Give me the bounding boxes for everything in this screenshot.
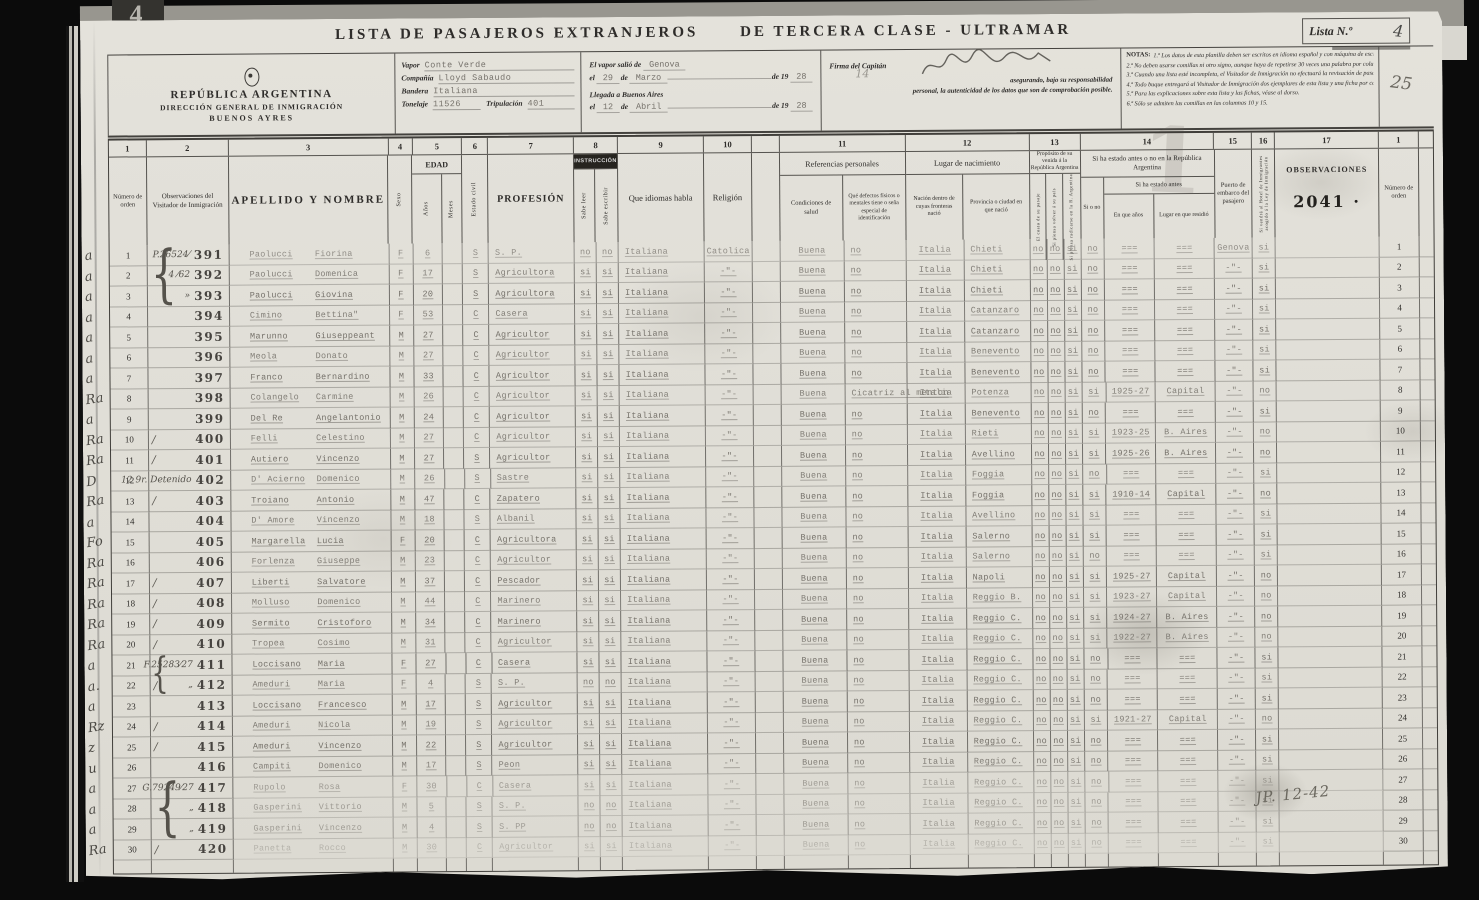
- row-cell: Capital: [1157, 484, 1217, 505]
- row-cell: 11: [111, 450, 149, 471]
- row-cell: ===: [1109, 792, 1159, 813]
- row-cell: ===: [1108, 669, 1158, 690]
- row-cell: si: [1084, 710, 1108, 731]
- row-cell: Reggio C.: [967, 629, 1033, 650]
- row-cell: Buena: [781, 322, 845, 343]
- row-cell: 1922-27: [1108, 628, 1158, 649]
- row-cell: Italia: [909, 568, 967, 589]
- row-cell: Italiana: [622, 651, 708, 672]
- row-cell: si: [1065, 382, 1082, 403]
- stamp-number: 410: [197, 637, 227, 651]
- row-cell: si: [577, 591, 599, 612]
- row-cell: F: [392, 674, 416, 695]
- row-cell: ===: [1108, 689, 1158, 710]
- row-cell: si: [598, 406, 620, 427]
- handwritten-brace: {: [154, 775, 181, 838]
- row-cell: no: [846, 527, 908, 548]
- header-edad: EDAD Años Meses: [412, 155, 463, 243]
- row-cell: [1421, 441, 1435, 462]
- check-mark: ∕: [154, 720, 158, 733]
- lista-number-box: Lista N.º 4: [1302, 17, 1410, 44]
- voyage-dates-block: El vapor salió de Genova el 29 de Marzod…: [581, 51, 822, 133]
- row-cell: si: [601, 775, 623, 796]
- row-cell: si: [1082, 423, 1106, 444]
- header-numero-orden-right: Número de orden: [1379, 148, 1420, 236]
- row-cell: -"-: [707, 590, 755, 611]
- row-cell: ===: [1108, 648, 1158, 669]
- row-cell: RupoloRosa: [233, 777, 393, 799]
- row-cell: M: [390, 346, 414, 367]
- row-cell: C: [464, 407, 490, 428]
- stamp-number: 414: [197, 719, 227, 733]
- de-label: de: [621, 73, 628, 82]
- row-cell: [1423, 687, 1437, 708]
- compania-value: Lloyd Sabaudo: [438, 72, 574, 84]
- row-cell: Benevento: [965, 342, 1031, 363]
- header-en-que-anos: En que años: [1104, 194, 1154, 238]
- row-cell: no: [846, 506, 908, 527]
- row-cell: Italia: [910, 773, 968, 794]
- row-cell: -"-: [1215, 279, 1253, 300]
- row-cell: 2: [110, 266, 148, 287]
- surname: Liberti: [238, 577, 317, 588]
- header-lugar-residio: Lugar en que residió: [1154, 194, 1214, 238]
- stamp-number: 402: [196, 473, 226, 487]
- row-cell: -"-: [705, 344, 753, 365]
- row-cell: 15: [1382, 523, 1422, 544]
- row-cell: [1423, 790, 1437, 811]
- given-name: Bernardino: [316, 371, 389, 382]
- row-cell: no: [1031, 403, 1048, 424]
- row-cell: ===: [1156, 320, 1216, 341]
- row-cell: Reggio C.: [968, 813, 1034, 834]
- pencil-page-number: 25: [1389, 72, 1413, 95]
- margin-letter: a: [84, 308, 108, 326]
- row-cell: si: [1066, 526, 1083, 547]
- row-cell: -"-: [708, 733, 756, 754]
- row-cell: 29: [1384, 810, 1424, 831]
- header-puerto-embarco: Puerto de embarco del pasajero: [1214, 150, 1253, 238]
- row-cell: -"-: [1218, 730, 1256, 751]
- surname: Loccisano: [239, 700, 318, 711]
- row-cell: ===: [1105, 279, 1155, 300]
- row-cell: Agricultor: [490, 406, 576, 427]
- row-cell: no: [1048, 382, 1065, 403]
- row-cell: PaolucciDomenica: [230, 264, 390, 286]
- row-cell: -"-: [707, 528, 755, 549]
- row-cell: Foggia: [966, 465, 1032, 486]
- row-cell: Buena: [783, 527, 847, 548]
- row-cell: 27: [414, 346, 444, 367]
- row-cell: 1923-25: [1106, 423, 1156, 444]
- row-cell: M: [392, 694, 416, 715]
- row-cell: no: [1050, 628, 1067, 649]
- row-cell: [446, 633, 466, 654]
- stamp-number: 394: [194, 309, 224, 323]
- row-cell: [1280, 770, 1384, 791]
- row-cell: [754, 466, 782, 487]
- row-cell: F: [390, 305, 414, 326]
- row-cell: si: [598, 386, 620, 407]
- row-cell: 28: [113, 799, 151, 820]
- row-cell: no: [1050, 587, 1067, 608]
- row-cell: Buena: [782, 404, 846, 425]
- row-cell: si: [577, 570, 599, 591]
- row-cell: no: [848, 793, 910, 814]
- row-cell: 4: [110, 307, 148, 328]
- row-cell: M: [390, 325, 414, 346]
- row-cell: si: [1068, 792, 1085, 813]
- row-cell: ===: [1156, 340, 1216, 361]
- row-cell: 20: [112, 635, 150, 656]
- row-cell: -"-: [1216, 361, 1254, 382]
- row-cell: no: [600, 672, 622, 693]
- de19-label2: de 19: [772, 100, 789, 109]
- row-cell: 27: [1383, 769, 1423, 790]
- margin-letter: a: [87, 779, 111, 797]
- row-cell: -"-: [708, 754, 756, 775]
- row-cell: [447, 838, 467, 859]
- header-ha-estado-antes: Si ha estado antes En que años Lugar en …: [1104, 177, 1214, 239]
- row-cell: [152, 860, 234, 874]
- row-cell: no: [1033, 608, 1050, 629]
- row-cell: si: [598, 447, 620, 468]
- row-cell: M: [390, 387, 414, 408]
- sabe-leer-label: Sabe leer: [581, 192, 588, 219]
- referencias-label: Referencias personales: [779, 152, 904, 176]
- row-cell: no: [847, 568, 909, 589]
- row-cell: Italia: [908, 506, 966, 527]
- stamp-number: 398: [195, 391, 225, 405]
- row-cell: Buena: [783, 609, 847, 630]
- row-cell: no: [1034, 752, 1051, 773]
- row-cell: si: [1253, 319, 1276, 340]
- row-cell: M: [391, 551, 415, 572]
- header-observaciones-visitador: Observaciones del Visitador de Inmigraci…: [147, 157, 229, 246]
- row-cell: [755, 589, 783, 610]
- header-estado-antes: Si ha estado antes o no en la República …: [1080, 150, 1215, 239]
- row-cell: [1277, 401, 1381, 422]
- row-cell: S: [467, 817, 493, 838]
- row-cell: [754, 487, 782, 508]
- row-cell: -"-: [707, 549, 755, 570]
- given-name: Cristoforo: [317, 617, 390, 628]
- row-cell: -"-: [705, 282, 753, 303]
- check-mark: ∕: [152, 494, 156, 507]
- row-cell: ===: [1106, 341, 1156, 362]
- row-cell: PanettaRocco: [234, 838, 394, 860]
- header-condiciones-salud: Condiciones de salud: [780, 175, 844, 240]
- surname: Panetta: [240, 843, 319, 854]
- surname: Paolucci: [236, 290, 315, 301]
- row-cell: 13: [111, 491, 149, 512]
- margin-letter: a.: [87, 677, 111, 695]
- row-cell: Buena: [783, 589, 847, 610]
- header-si-o-no: Si o no: [1081, 178, 1104, 239]
- row-cell: 5: [110, 327, 148, 348]
- row-cell: 1923-27: [1107, 587, 1157, 608]
- row-cell: 18: [415, 510, 445, 531]
- row-cell: 1: [1380, 236, 1420, 257]
- row-cell: [446, 674, 466, 695]
- row-cell: Cicatriz al menton: [845, 383, 907, 404]
- row-cell: si: [1257, 832, 1280, 853]
- row-cell: ∕415: [151, 737, 233, 758]
- row-cell: no: [1083, 546, 1107, 567]
- row-cell: 6: [413, 243, 443, 264]
- row-cell: Buena: [782, 425, 846, 446]
- stamp-number: 416: [197, 760, 227, 774]
- row-cell: Italia: [910, 711, 968, 732]
- row-cell: si: [1083, 505, 1107, 526]
- row-cell: -"-: [1219, 832, 1257, 853]
- row-cell: ===: [1157, 545, 1217, 566]
- row-cell: -"-: [706, 467, 754, 488]
- given-name: Giovina: [315, 289, 388, 300]
- row-cell: [1423, 708, 1437, 729]
- row-cell: Italia: [909, 588, 967, 609]
- row-cell: [755, 528, 783, 549]
- row-cell: M: [392, 612, 416, 633]
- row-cell: Buena: [781, 281, 845, 302]
- row-cell: [1420, 359, 1434, 380]
- given-name: Vincenzo: [319, 822, 392, 833]
- surname: Marunno: [236, 331, 315, 342]
- row-cell: M: [393, 838, 417, 859]
- row-cell: no: [844, 240, 906, 261]
- salida-month: Marzo: [630, 73, 668, 84]
- row-cell: no: [845, 261, 907, 282]
- row-cell: no: [847, 547, 909, 568]
- row-cell: Italiana: [623, 774, 709, 795]
- row-cell: si: [1068, 772, 1085, 793]
- row-cell: 26: [415, 469, 445, 490]
- row-cell: S: [466, 714, 492, 735]
- row-cell: 20: [1382, 626, 1422, 647]
- row-cell: si: [578, 693, 600, 714]
- margin-letter: a: [85, 410, 109, 428]
- surname: Cimino: [236, 310, 315, 321]
- row-cell: ===: [1158, 730, 1218, 751]
- row-cell: no: [848, 752, 910, 773]
- row-cell: Italiana: [621, 528, 707, 549]
- row-cell: Italiana: [620, 426, 706, 447]
- row-cell: F: [389, 264, 413, 285]
- row-cell: S: [463, 284, 489, 305]
- row-cell: no: [1031, 424, 1048, 445]
- row-cell: 37: [415, 571, 445, 592]
- row-cell: no: [579, 816, 601, 837]
- row-cell: ===: [1155, 279, 1215, 300]
- row-cell: 1921-27: [1108, 710, 1158, 731]
- given-name: Domenico: [317, 474, 390, 485]
- row-cell: [579, 857, 601, 870]
- row-cell: no: [845, 363, 907, 384]
- row-cell: [753, 364, 781, 385]
- surname: Sermito: [238, 618, 317, 629]
- row-cell: no: [1031, 321, 1048, 342]
- row-cell: Italia: [908, 445, 966, 466]
- row-cell: -"-: [706, 405, 754, 426]
- row-cell: AutieroVincenzo: [231, 449, 391, 471]
- row-cell: si: [1067, 690, 1084, 711]
- row-cell: [1276, 237, 1380, 258]
- row-cell: ∕403: [149, 491, 231, 512]
- row-cell: [1424, 851, 1438, 864]
- row-cell: 44: [416, 592, 446, 613]
- row-cell: si: [1256, 647, 1279, 668]
- given-name: Vincenzo: [318, 740, 391, 751]
- row-cell: [445, 489, 465, 510]
- row-cell: 30: [417, 838, 447, 859]
- row-cell: Italia: [910, 732, 968, 753]
- row-cell: [444, 366, 464, 387]
- row-cell: ===: [1107, 546, 1157, 567]
- row-cell: si: [1084, 608, 1108, 629]
- row-cell: M: [390, 407, 414, 428]
- row-cell: si: [1067, 649, 1084, 670]
- row-cell: no: [848, 814, 910, 835]
- row-cell: no: [1049, 505, 1066, 526]
- row-cell: no: [1049, 546, 1066, 567]
- row-cell: Italia: [907, 342, 965, 363]
- row-cell: [1277, 462, 1381, 483]
- check-mark: ∕: [155, 843, 159, 856]
- row-cell: 1: [110, 245, 148, 266]
- row-cell: Pescador: [491, 570, 577, 591]
- row-cell: si: [1083, 567, 1107, 588]
- row-cell: Buena: [782, 466, 846, 487]
- row-cell: ===: [1155, 258, 1215, 279]
- row-cell: [785, 855, 849, 868]
- row-cell: [1279, 729, 1383, 750]
- row-cell: Salerno: [966, 526, 1032, 547]
- row-cell: MarunnoGiuseppeant: [230, 326, 390, 348]
- row-cell: Italiana: [622, 692, 708, 713]
- surname: Loccisano: [238, 659, 317, 670]
- row-cell: [1276, 339, 1380, 360]
- row-cell: ===: [1157, 525, 1217, 546]
- row-cell: no: [1051, 813, 1068, 834]
- row-cell: Italia: [910, 814, 968, 835]
- row-cell: si: [1064, 239, 1081, 260]
- captain-signature: [916, 47, 1066, 82]
- row-cell: [444, 407, 464, 428]
- row-cell: -"-: [706, 364, 754, 385]
- row-cell: [447, 756, 467, 777]
- row-cell: 26: [414, 387, 444, 408]
- row-cell: no: [846, 486, 908, 507]
- row-cell: [445, 571, 465, 592]
- row-cell: Italiana: [621, 590, 707, 611]
- row-cell: si: [1067, 669, 1084, 690]
- row-cell: [1085, 854, 1109, 867]
- row-cell: [445, 469, 465, 490]
- row-cell: Reggio C.: [968, 834, 1034, 855]
- sexo-label: Sexo: [396, 193, 403, 207]
- row-cell: si: [576, 345, 598, 366]
- header-apellido-nombre: APELLIDO Y NOMBRE: [229, 156, 389, 245]
- row-cell: Agricultor: [490, 324, 576, 345]
- stamp-number: 407: [196, 576, 226, 590]
- table-body: JP. 12-42 a1P.26524⁄391PaolucciFiorinaF6…: [110, 236, 1438, 873]
- row-cell: si: [597, 263, 619, 284]
- row-cell: no: [1032, 547, 1049, 568]
- row-cell: ===: [1109, 833, 1159, 854]
- row-cell: 1925-27: [1107, 566, 1157, 587]
- row-cell: [1280, 811, 1384, 832]
- row-cell: si: [599, 488, 621, 509]
- row-cell: [756, 753, 784, 774]
- row-cell: 20: [415, 530, 445, 551]
- row-cell: no: [1085, 813, 1109, 834]
- row-cell: Italia: [908, 465, 966, 486]
- row-cell: si: [578, 734, 600, 755]
- row-cell: [1276, 278, 1380, 299]
- row-cell: no: [1032, 465, 1049, 486]
- row-cell: 12 9r. Detenido402: [149, 470, 231, 491]
- row-cell: C: [465, 571, 491, 592]
- given-name: Carmine: [316, 392, 389, 403]
- row-cell: [1420, 277, 1434, 298]
- row-cell: 27: [416, 653, 446, 674]
- row-cell: 11: [1381, 441, 1421, 462]
- row-cell: Italiana: [622, 754, 708, 775]
- row-cell: Italia: [910, 752, 968, 773]
- row-cell: Buena: [783, 568, 847, 589]
- row-cell: C: [466, 612, 492, 633]
- row-cell: Rieti: [966, 424, 1032, 445]
- row-cell: si: [1083, 485, 1107, 506]
- given-name: Fiorina: [315, 248, 388, 259]
- row-cell: Buena: [782, 445, 846, 466]
- row-cell: Chieti: [965, 280, 1031, 301]
- row-cell: ===: [1105, 300, 1155, 321]
- vapor-label: Vapor: [401, 60, 419, 69]
- row-cell: no: [1031, 342, 1048, 363]
- header-provincia: Provincia o ciudad en que nació: [963, 174, 1029, 239]
- salida-label: El vapor salió de: [589, 59, 641, 68]
- row-cell: Italia: [908, 486, 966, 507]
- row-cell: si: [1257, 811, 1280, 832]
- row-cell: si: [575, 324, 597, 345]
- given-name: Francesco: [318, 699, 391, 710]
- margin-letter: a: [84, 267, 108, 285]
- given-name: Vittorio: [319, 802, 392, 813]
- row-cell: 23: [113, 696, 151, 717]
- row-cell: [1384, 851, 1424, 864]
- row-cell: no: [1034, 793, 1051, 814]
- row-cell: si: [1253, 299, 1276, 320]
- row-cell: [1422, 585, 1436, 606]
- row-cell: [757, 856, 785, 869]
- row-cell: [444, 325, 464, 346]
- row-cell: [753, 261, 781, 282]
- row-cell: Buena: [784, 712, 848, 733]
- lista-label: Lista N.º: [1309, 23, 1352, 38]
- row-cell: si: [575, 304, 597, 325]
- col-number: 1: [109, 140, 147, 156]
- row-cell: Capital: [1157, 586, 1217, 607]
- row-cell: [1422, 564, 1436, 585]
- row-cell: si: [1065, 321, 1082, 342]
- surname: Gasperini: [239, 823, 318, 834]
- bandera-value: Italiana: [433, 85, 574, 97]
- row-cell: FelliCelestino: [231, 428, 391, 450]
- given-name: Rosa: [319, 781, 392, 792]
- row-cell: no: [1031, 383, 1048, 404]
- el-label: el: [589, 73, 594, 82]
